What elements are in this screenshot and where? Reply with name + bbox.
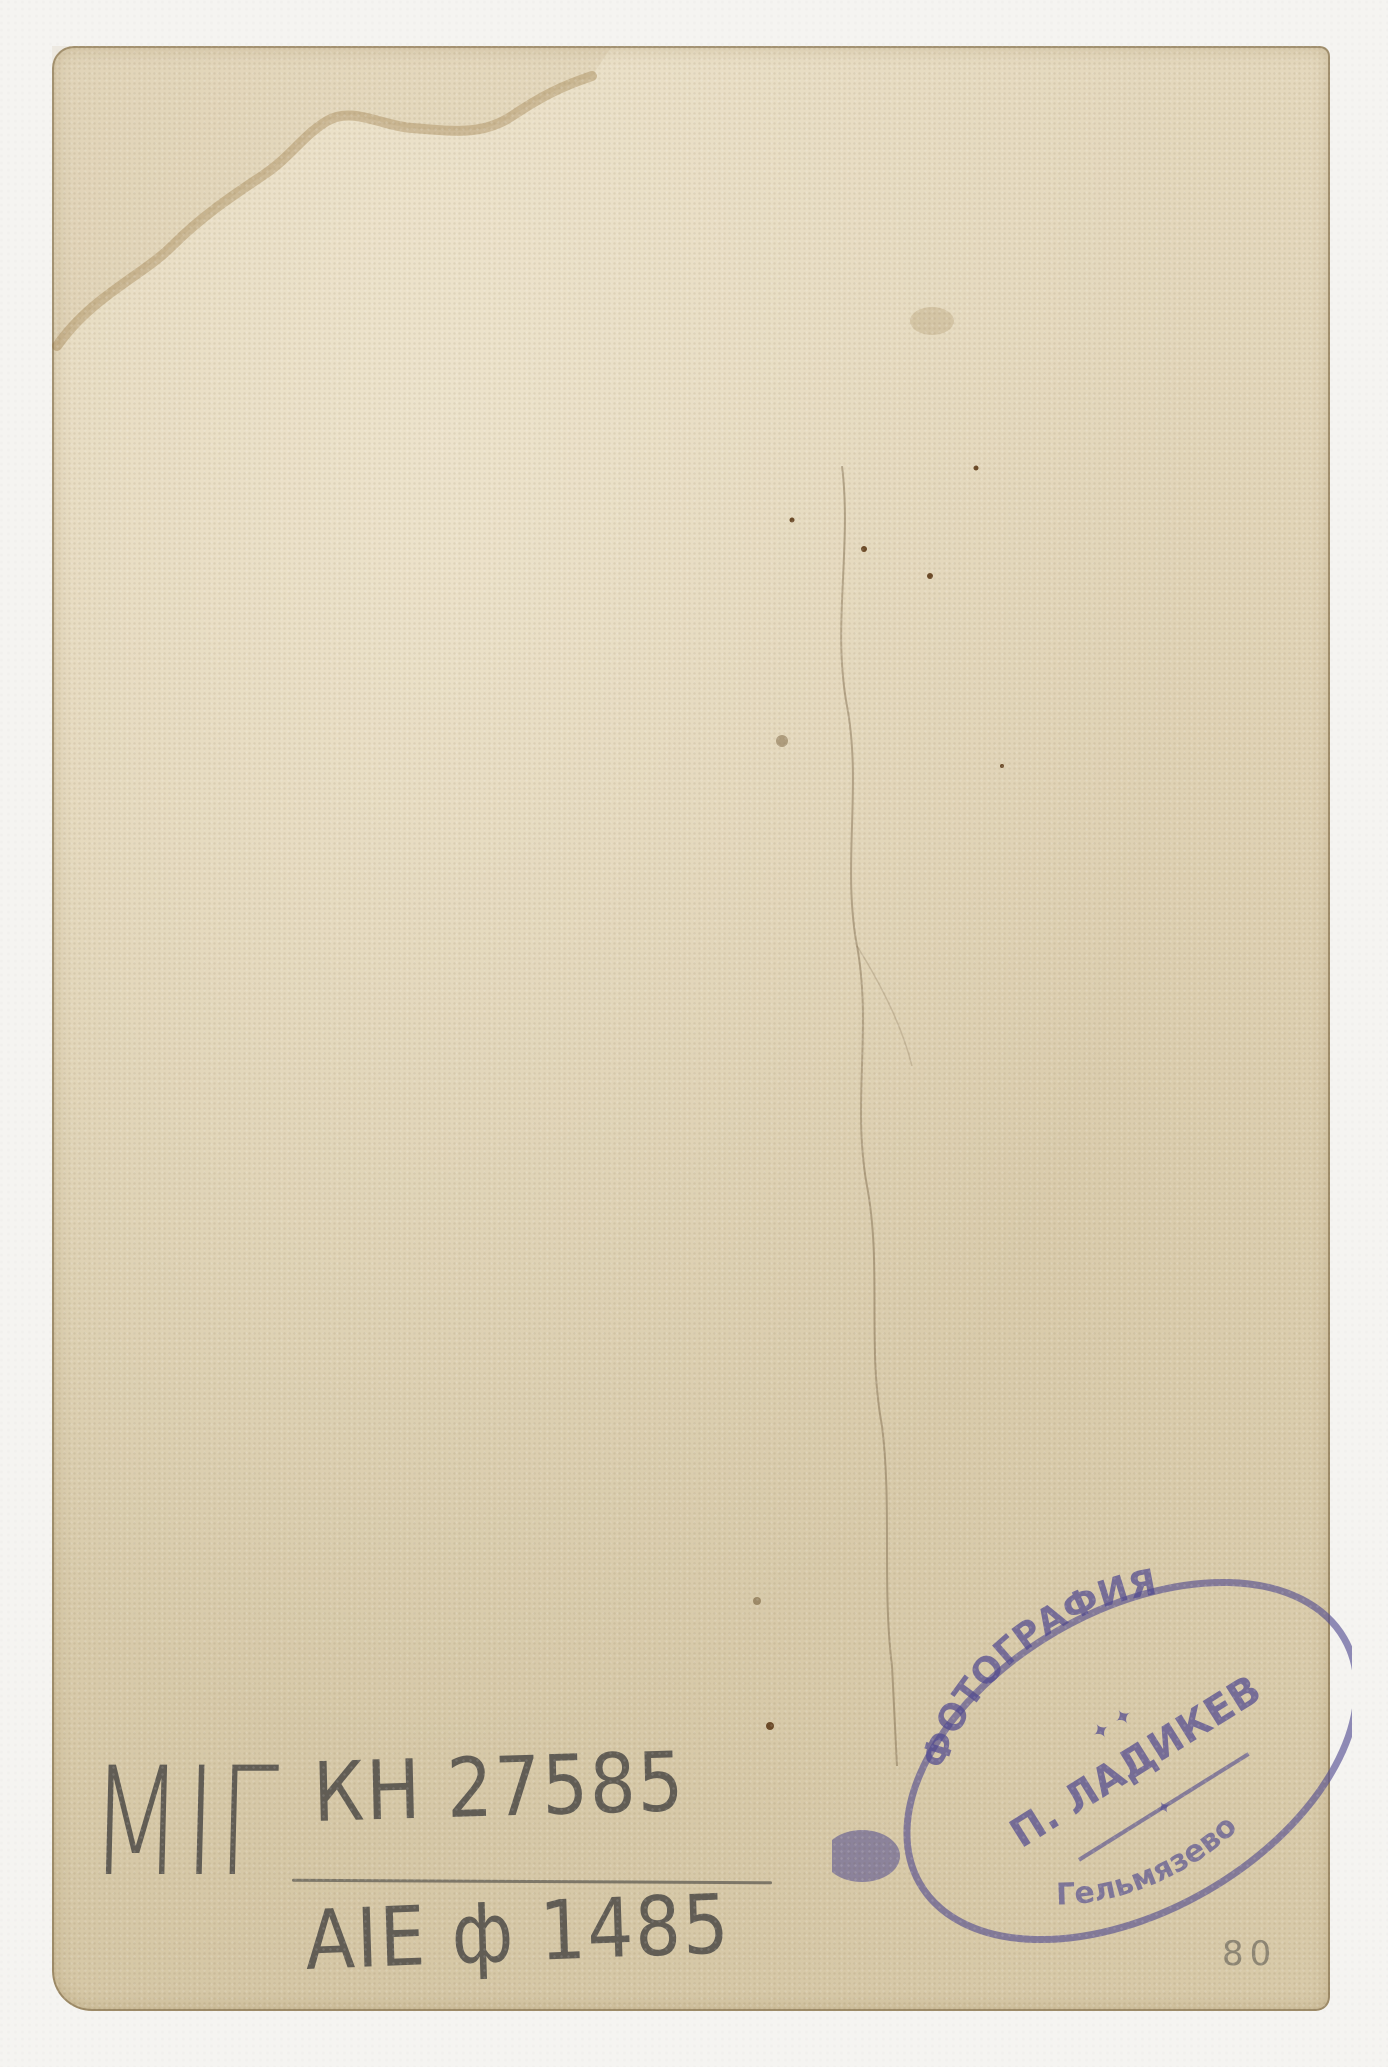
- stamp-text-town: Гельмязево: [1055, 1809, 1243, 1913]
- inventory-code-left: МІГ: [88, 1736, 282, 1910]
- pencil-page-number: 80: [1222, 1934, 1277, 1974]
- fold-crack: [812, 466, 932, 1766]
- photo-card-back: МІГ КН 27585 АІЕ ф 1485 80 ФОТОГРАФИЯ ✦ …: [52, 46, 1330, 2011]
- svg-text:Гельмязево: Гельмязево: [1055, 1809, 1243, 1913]
- svg-text:✦: ✦: [1153, 1795, 1177, 1821]
- svg-text:✦ ✦: ✦ ✦: [1087, 1703, 1138, 1748]
- photo-studio-stamp: ФОТОГРАФИЯ ✦ ✦ П. ЛАДИКЕВ ✦ Гельмязево: [832, 1526, 1352, 1946]
- water-stain: [52, 46, 612, 376]
- inventory-number-bottom: АІЕ ф 1485: [304, 1877, 732, 1989]
- svg-text:ФОТОГРАФИЯ: ФОТОГРАФИЯ: [914, 1562, 1159, 1773]
- stamp-text-name: П. ЛАДИКЕВ: [1002, 1667, 1269, 1858]
- stamp-text-top: ФОТОГРАФИЯ: [914, 1562, 1159, 1773]
- inventory-number-top: КН 27585: [312, 1735, 686, 1841]
- foxing-spots: [52, 46, 1330, 2011]
